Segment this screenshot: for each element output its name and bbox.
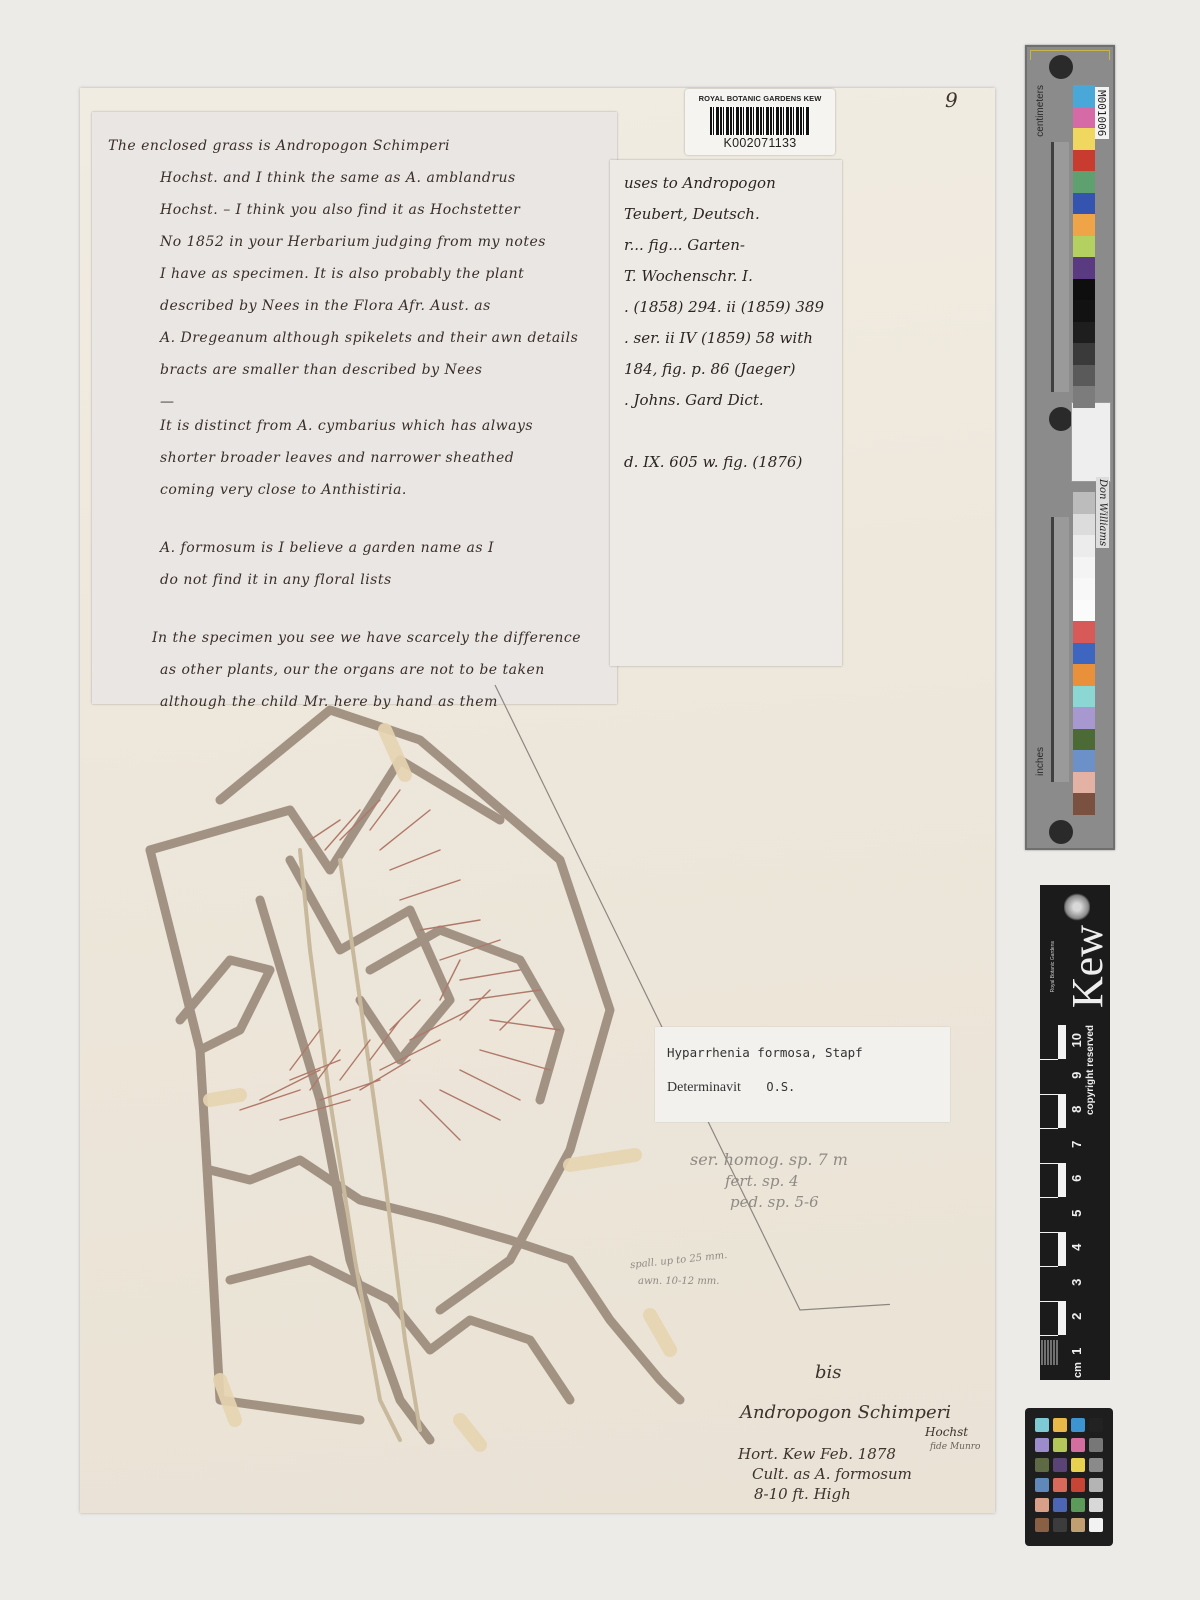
color-swatch [1073, 772, 1095, 794]
letter-line: shorter broader leaves and narrower shea… [108, 442, 607, 474]
color-swatch [1073, 557, 1095, 579]
grass-specimen-icon [140, 700, 700, 1490]
color-swatch [1053, 1438, 1067, 1452]
pencil-note-spikelets: ser. homog. sp. 7 m [690, 1150, 848, 1169]
color-swatch [1071, 1478, 1085, 1492]
reference-line: 184, fig. p. 86 (Jaeger) [624, 354, 834, 385]
ruler-id-tag: M001006 [1094, 87, 1109, 139]
collection-prefix: bis [815, 1362, 842, 1383]
color-swatch [1071, 1418, 1085, 1432]
color-swatch [1073, 193, 1095, 215]
collection-cultivation: Cult. as A. formosum [752, 1465, 912, 1483]
reference-line: T. Wochenschr. I. [624, 261, 834, 292]
color-swatch [1073, 322, 1095, 344]
color-swatch [1073, 535, 1095, 557]
letter-line: Hochst. and I think the same as A. ambla… [108, 162, 607, 194]
barcode-number: K002071133 [685, 136, 835, 150]
color-swatch [1073, 750, 1095, 772]
reference-line: . (1858) 294. ii (1859) 389 [624, 292, 834, 323]
color-swatch [1073, 386, 1095, 408]
ruler-hole [1049, 820, 1073, 844]
color-swatch [1089, 1458, 1103, 1472]
centimeter-scale [1051, 142, 1069, 392]
collection-height: 8-10 ft. High [754, 1485, 851, 1503]
color-swatch [1089, 1498, 1103, 1512]
reference-line [624, 416, 834, 447]
ruler-brand: Don Williams [1096, 477, 1109, 548]
color-swatch [1073, 85, 1095, 107]
determiner-initials: O.S. [766, 1080, 795, 1094]
color-swatch [1073, 343, 1095, 365]
collection-locality-date: Hort. Kew Feb. 1878 [738, 1445, 896, 1463]
color-swatch [1073, 600, 1095, 622]
color-swatch [1073, 664, 1095, 686]
color-patches-bottom [1073, 492, 1095, 815]
color-swatch [1073, 279, 1095, 301]
letter-line: do not find it in any floral lists [108, 564, 607, 596]
color-swatch [1073, 729, 1095, 751]
letter-line: In the specimen you see we have scarcely… [108, 622, 607, 654]
letter-line: I have as specimen. It is also probably … [108, 258, 607, 290]
letter-line: described by Nees in the Flora Afr. Aust… [108, 290, 607, 322]
reference-line: Teubert, Deutsch. [624, 199, 834, 230]
color-swatch [1053, 1458, 1067, 1472]
letter-line: — [108, 386, 607, 410]
color-swatch [1073, 707, 1095, 729]
reference-line: . Johns. Gard Dict. [624, 385, 834, 416]
color-swatch [1073, 236, 1095, 258]
letter-line: No 1852 in your Herbarium judging from m… [108, 226, 607, 258]
color-swatch [1035, 1438, 1049, 1452]
kew-logo: Kew [1066, 925, 1110, 1008]
color-swatch [1035, 1458, 1049, 1472]
density-gauge [1071, 402, 1111, 482]
institution-name: ROYAL BOTANIC GARDENS KEW [685, 94, 835, 103]
barcode-label: ROYAL BOTANIC GARDENS KEW K002071133 [685, 89, 835, 155]
kew-scale-bar: Royal Botanic Gardens Kew copyright rese… [1040, 885, 1110, 1380]
color-patches-top [1073, 85, 1095, 408]
reference-line: d. IX. 605 w. fig. (1876) [624, 447, 834, 478]
color-swatch [1073, 128, 1095, 150]
ruler-hole [1049, 55, 1073, 79]
color-swatch [1071, 1518, 1085, 1532]
letter-line: coming very close to Anthistiria. [108, 474, 607, 506]
color-swatch [1071, 1498, 1085, 1512]
letter-line: A. Dregeanum although spikelets and thei… [108, 322, 607, 354]
letter-line: bracts are smaller than described by Nee… [108, 354, 607, 386]
color-swatch [1073, 257, 1095, 279]
color-swatch [1089, 1518, 1103, 1532]
letter-line: Hochst. – I think you also find it as Ho… [108, 194, 607, 226]
color-swatch [1073, 578, 1095, 600]
reference-line: uses to Andropogon [624, 168, 834, 199]
reference-line: r... fig... Garten- [624, 230, 834, 261]
color-swatch [1073, 300, 1095, 322]
color-swatch [1073, 171, 1095, 193]
color-swatch [1073, 492, 1095, 514]
color-swatch [1053, 1498, 1067, 1512]
letter-line: A. formosum is I believe a garden name a… [108, 532, 607, 564]
ruler-unit-top: centimeters [1035, 85, 1046, 137]
color-checker-chart [1025, 1408, 1113, 1546]
color-reference-ruler: centimeters inches M001006 Don Williams [1025, 45, 1115, 850]
color-swatch [1073, 107, 1095, 129]
reference-slip: uses to Andropogon Teubert, Deutsch. r..… [610, 160, 842, 666]
collection-authority: Hochst [925, 1425, 968, 1439]
sheet-number-mark: 9 [945, 88, 958, 112]
color-swatch [1073, 514, 1095, 536]
color-swatch [1073, 365, 1095, 387]
color-swatch [1073, 686, 1095, 708]
pencil-note-spikelets: ped. sp. 5-6 [730, 1193, 819, 1211]
color-swatch [1035, 1478, 1049, 1492]
barcode-icon [710, 107, 810, 135]
color-swatch [1071, 1458, 1085, 1472]
color-swatch [1089, 1478, 1103, 1492]
inch-scale [1051, 517, 1069, 782]
letter-line: The enclosed grass is Andropogon Schimpe… [108, 130, 607, 162]
color-swatch [1053, 1478, 1067, 1492]
determined-name: Hyparrhenia formosa, Stapf [667, 1045, 950, 1060]
pencil-note-measurements: awn. 10-12 mm. [638, 1276, 719, 1287]
color-swatch [1073, 643, 1095, 665]
determinavit-label: Determinavit [667, 1080, 741, 1095]
color-swatch [1073, 150, 1095, 172]
kew-subtitle: Royal Botanic Gardens [1050, 941, 1056, 992]
color-swatch [1071, 1438, 1085, 1452]
collection-name: Andropogon Schimperi [740, 1402, 951, 1423]
letter-line: It is distinct from A. cymbarius which h… [108, 410, 607, 442]
color-swatch [1035, 1518, 1049, 1532]
collection-fide: fide Munro [930, 1442, 980, 1452]
scale-numbers: 10 9 8 7 6 5 4 3 2 1 [1066, 1023, 1086, 1368]
pencil-note-spikelets: fert. sp. 4 [725, 1172, 799, 1190]
color-swatch [1035, 1498, 1049, 1512]
color-swatch [1073, 214, 1095, 236]
ruler-hole [1049, 407, 1073, 431]
royal-crest-icon [1064, 893, 1090, 921]
ruler-unit-bottom: inches [1035, 747, 1046, 776]
color-swatch [1053, 1418, 1067, 1432]
color-swatch [1053, 1518, 1067, 1532]
determination-label: Hyparrhenia formosa, Stapf Determinavit … [655, 1027, 950, 1122]
scale-unit: cm [1072, 1362, 1084, 1378]
reference-line: . ser. ii IV (1859) 58 with [624, 323, 834, 354]
color-swatch [1089, 1438, 1103, 1452]
handwritten-letter: The enclosed grass is Andropogon Schimpe… [92, 112, 617, 704]
color-swatch [1035, 1418, 1049, 1432]
color-swatch [1073, 793, 1095, 815]
color-swatch [1073, 621, 1095, 643]
color-swatch [1089, 1418, 1103, 1432]
